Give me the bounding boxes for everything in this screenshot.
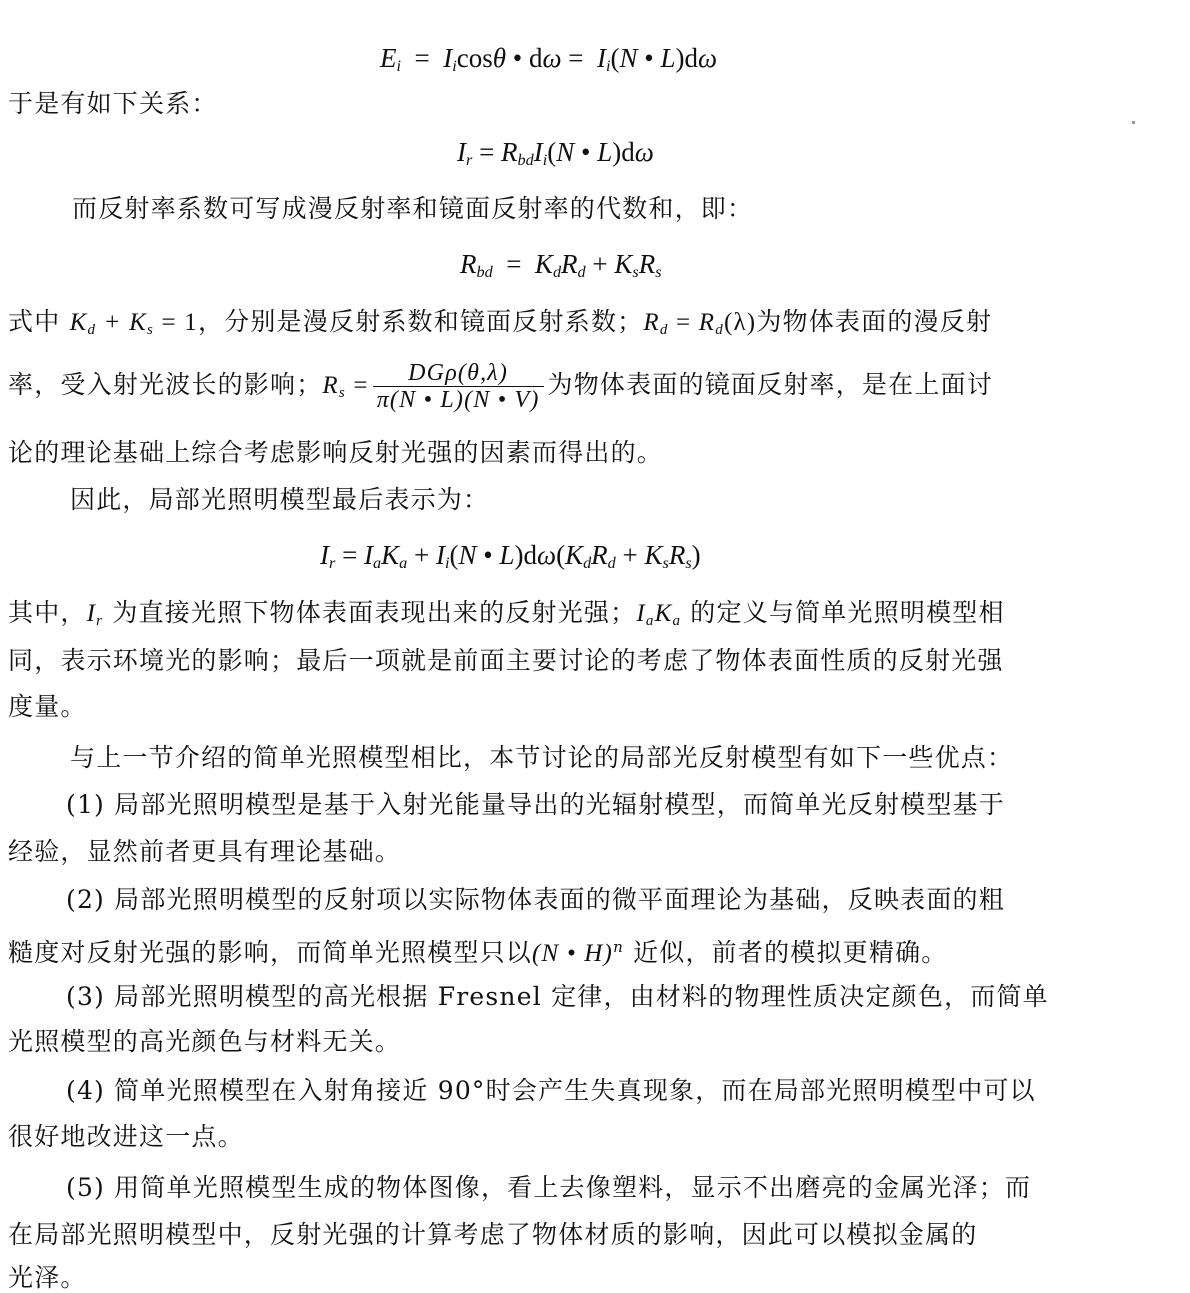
text-segment: 率，受入射光波长的影响； <box>8 370 322 399</box>
list-item-advantage-1: (1) 局部光照明模型是基于入射光能量导出的光辐射模型，而简单光反射模型基于 <box>66 789 1005 821</box>
paragraph-text: 在局部光照明模型中，反射光强的计算考虑了物体材质的影响，因此可以模拟金属的 <box>8 1219 977 1251</box>
text-segment: 为物体表面的漫反射 <box>756 307 992 336</box>
paragraph-text: 光照模型的高光颜色与材料无关。 <box>8 1026 401 1058</box>
text-segment: 式中 <box>8 307 70 336</box>
paragraph-text: 式中 Kd + Ks = 1，分别是漫反射系数和镜面反射系数；Rd = Rd(λ… <box>8 306 992 346</box>
text-segment: 为物体表面的镜面反射率，是在上面讨 <box>548 370 993 399</box>
paragraph-text: 与上一节介绍的简单光照模型相比，本节讨论的局部光反射模型有如下一些优点： <box>70 742 1013 774</box>
text-segment: 为直接光照下物体表面表现出来的反射光强； <box>103 598 636 627</box>
paragraph-text: 经验，显然前者更具有理论基础。 <box>8 836 401 868</box>
inline-math-iaka: IaKa <box>636 600 681 627</box>
paragraph-text: 糙度对反射光强的影响，而简单光照模型只以(N • H)n 近似，前者的模拟更精确… <box>8 931 948 970</box>
paragraph-text: 光泽。 <box>8 1262 87 1293</box>
fraction-specular-reflectance: DGρ(θ,λ)π(N • L)(N • V) <box>373 360 544 413</box>
inline-math-rs: Rs = <box>322 372 368 399</box>
equation-irradiance: Ei = Iicosθ • dω = Ii(N • L)dω <box>380 42 717 82</box>
equation-local-illumination-model: Ir = IaKa + Ii(N • L)dω(KdRd + KsRs) <box>320 539 701 579</box>
inline-math-kd-ks: Kd + Ks = 1 <box>70 309 198 336</box>
paragraph-text: 同，表示环境光的影响；最后一项就是前面主要讨论的考虑了物体表面性质的反射光强 <box>8 645 1004 677</box>
inline-math-ir: Ir <box>87 600 104 627</box>
paragraph-text: 于是有如下关系： <box>8 88 218 120</box>
paragraph-text: 度量。 <box>8 691 87 723</box>
paragraph-text: 其中，Ir 为直接光照下物体表面表现出来的反射光强；IaKa 的定义与简单光照明… <box>8 597 1005 637</box>
text-segment: 糙度对反射光强的影响，而简单光照模型只以 <box>8 938 532 967</box>
equation-reflectance-sum: Rbd = KdRd + KsRs <box>460 248 662 288</box>
paragraph-text: 因此，局部光照明模型最后表示为： <box>70 484 489 516</box>
text-segment: 近似，前者的模拟更精确。 <box>624 938 948 967</box>
list-item-advantage-5: (5) 用简单光照模型生成的物体图像，看上去像塑料，显示不出磨亮的金属光泽；而 <box>66 1172 1031 1204</box>
list-item-advantage-4: (4) 简单光照模型在入射角接近 90°时会产生失真现象，而在局部光照明模型中可… <box>66 1075 1036 1107</box>
list-item-advantage-2: (2) 局部光照明模型的反射项以实际物体表面的微平面理论为基础，反映表面的粗 <box>66 884 1005 916</box>
fraction-numerator: DGρ(θ,λ) <box>373 360 544 387</box>
equation-reflected-intensity: Ir = RbdIi(N • L)dω <box>457 136 654 176</box>
inline-math-nh: (N • H) <box>532 940 613 967</box>
paragraph-text: 而反射率系数可写成漫反射率和镜面反射率的代数和，即： <box>72 193 753 225</box>
text-segment: 的定义与简单光照明模型相 <box>681 598 1005 627</box>
paragraph-text: 率，受入射光波长的影响；Rs =DGρ(θ,λ)π(N • L)(N • V)为… <box>8 355 993 423</box>
superscript-n: n <box>613 938 624 956</box>
list-item-advantage-3: (3) 局部光照明模型的高光根据 Fresnel 定律，由材料的物理性质决定颜色… <box>66 981 1049 1013</box>
scan-speck <box>1132 121 1135 124</box>
text-segment: ，分别是漫反射系数和镜面反射系数； <box>198 307 643 336</box>
paragraph-text: 很好地改进这一点。 <box>8 1121 244 1153</box>
fraction-denominator: π(N • L)(N • V) <box>373 387 544 413</box>
inline-math-rd: Rd = Rd(λ) <box>643 309 756 336</box>
paragraph-text: 论的理论基础上综合考虑影响反射光强的因素而得出的。 <box>8 437 663 469</box>
text-segment: 其中， <box>8 598 87 627</box>
